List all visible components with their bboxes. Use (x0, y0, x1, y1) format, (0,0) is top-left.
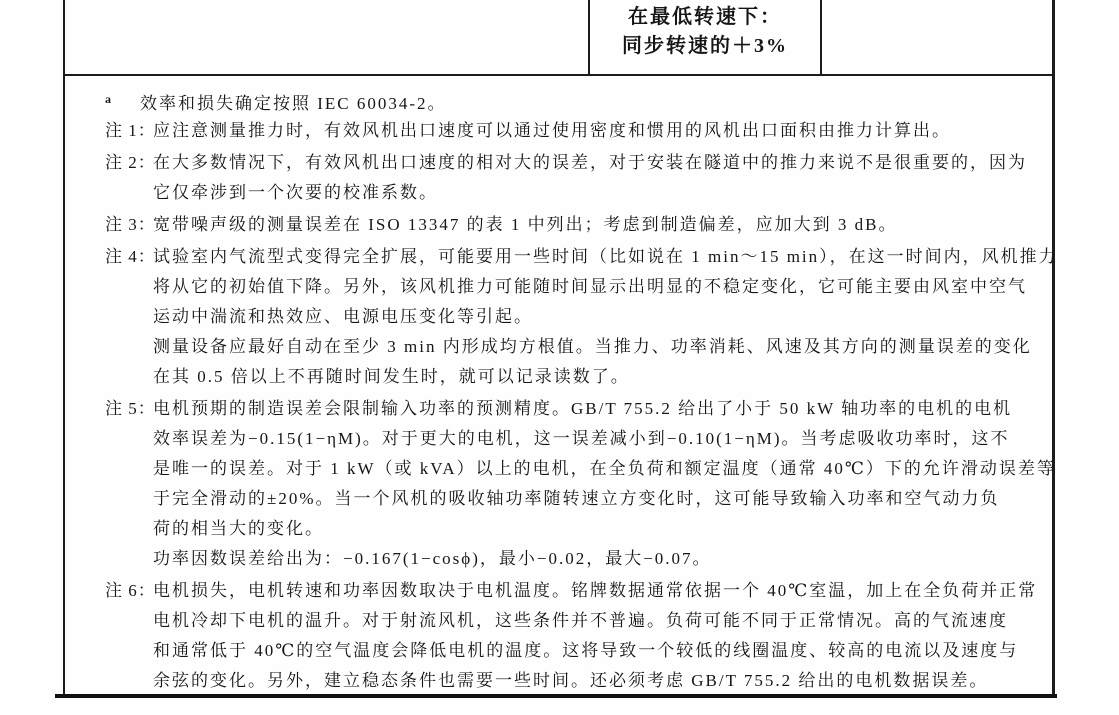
note-6-line-4: 余弦的变化。另外，建立稳态条件也需要一些时间。还必须考虑 GB/T 755.2 … (105, 666, 1055, 696)
footnote-a-marker: a (105, 84, 140, 114)
note-5-line-3: 是唯一的误差。对于 1 kW（或 kVA）以上的电机，在全负荷和额定温度（通常 … (105, 454, 1055, 484)
note-4-line-3: 运动中湍流和热效应、电源电压变化等引起。 (105, 302, 1055, 332)
cell-line-2: 同步转速的＋3% (590, 32, 820, 61)
note-5-line-4: 于完全滑动的±20%。当一个风机的吸收轴功率随转速立方变化时，这可能导致输入功率… (105, 484, 1055, 514)
table-cell-divider-right (820, 0, 822, 76)
note-5-line-1: 注 5：电机预期的制造误差会限制输入功率的预测精度。GB/T 755.2 给出了… (105, 394, 1055, 424)
note-1-line-1: 注 1：应注意测量推力时，有效风机出口速度可以通过使用密度和惯用的风机出口面积由… (105, 116, 1055, 146)
table-left-border (63, 0, 65, 697)
note-5-text: 电机预期的制造误差会限制输入功率的预测精度。GB/T 755.2 给出了小于 5… (153, 399, 1012, 418)
note-5-line-5: 荷的相当大的变化。 (105, 514, 1055, 544)
scanned-standard-page: 在最低转速下： 同步转速的＋3% a效率和损失确定按照 IEC 60034-2。… (0, 0, 1119, 715)
note-1-label: 注 1： (105, 116, 153, 146)
note-6-line-1: 注 6：电机损失，电机转速和功率因数取决于电机温度。铭牌数据通常依据一个 40℃… (105, 576, 1055, 606)
table-cell-min-speed: 在最低转速下： 同步转速的＋3% (590, 3, 820, 61)
note-5-label: 注 5： (105, 394, 153, 424)
note-3-label: 注 3： (105, 210, 153, 240)
note-6-text: 电机损失，电机转速和功率因数取决于电机温度。铭牌数据通常依据一个 40℃室温，加… (153, 581, 1037, 600)
table-row-separator (63, 74, 1055, 76)
note-3-text: 宽带噪声级的测量误差在 ISO 13347 的表 1 中列出；考虑到制造偏差，应… (153, 215, 897, 234)
note-2-line-2: 它仅牵涉到一个次要的校准系数。 (105, 178, 1055, 208)
note-6-label: 注 6： (105, 576, 153, 606)
note-2-line-1: 注 2：在大多数情况下，有效风机出口速度的相对大的误差，对于安装在隧道中的推力来… (105, 148, 1055, 178)
note-6-line-3: 和通常低于 40℃的空气温度会降低电机的温度。这将导致一个较低的线圈温度、较高的… (105, 636, 1055, 666)
note-2-text: 在大多数情况下，有效风机出口速度的相对大的误差，对于安装在隧道中的推力来说不是很… (153, 153, 1027, 172)
note-3-line-1: 注 3：宽带噪声级的测量误差在 ISO 13347 的表 1 中列出；考虑到制造… (105, 210, 1055, 240)
note-4-label: 注 4： (105, 242, 153, 272)
note-5-line-6: 功率因数误差给出为：−0.167(1−cosϕ)，最小−0.02，最大−0.07… (105, 544, 1055, 574)
note-4-line-2: 将从它的初始值下降。另外，该风机推力可能随时间显示出明显的不稳定变化，它可能主要… (105, 272, 1055, 302)
note-2-label: 注 2： (105, 148, 153, 178)
cell-line-1: 在最低转速下： (590, 3, 820, 32)
note-5-line-2: 效率误差为−0.15(1−ηM)。对于更大的电机，这一误差减小到−0.10(1−… (105, 424, 1055, 454)
footnote-a-line: a效率和损失确定按照 IEC 60034-2。 (105, 84, 1055, 114)
note-4-line-4: 测量设备应最好自动在至少 3 min 内形成均方根值。当推力、功率消耗、风速及其… (105, 332, 1055, 362)
note-1-text: 应注意测量推力时，有效风机出口速度可以通过使用密度和惯用的风机出口面积由推力计算… (153, 121, 951, 140)
note-4-text: 试验室内气流型式变得完全扩展，可能要用一些时间（比如说在 1 min～15 mi… (153, 247, 1058, 266)
note-4-line-1: 注 4：试验室内气流型式变得完全扩展，可能要用一些时间（比如说在 1 min～1… (105, 242, 1055, 272)
table-notes-block: a效率和损失确定按照 IEC 60034-2。 注 1：应注意测量推力时，有效风… (105, 84, 1055, 696)
footnote-a-text: 效率和损失确定按照 IEC 60034-2。 (140, 94, 447, 113)
note-6-line-2: 电机冷却下电机的温升。对于射流风机，这些条件并不普遍。负荷可能不同于正常情况。高… (105, 606, 1055, 636)
note-4-line-5: 在其 0.5 倍以上不再随时间发生时，就可以记录读数了。 (105, 362, 1055, 392)
